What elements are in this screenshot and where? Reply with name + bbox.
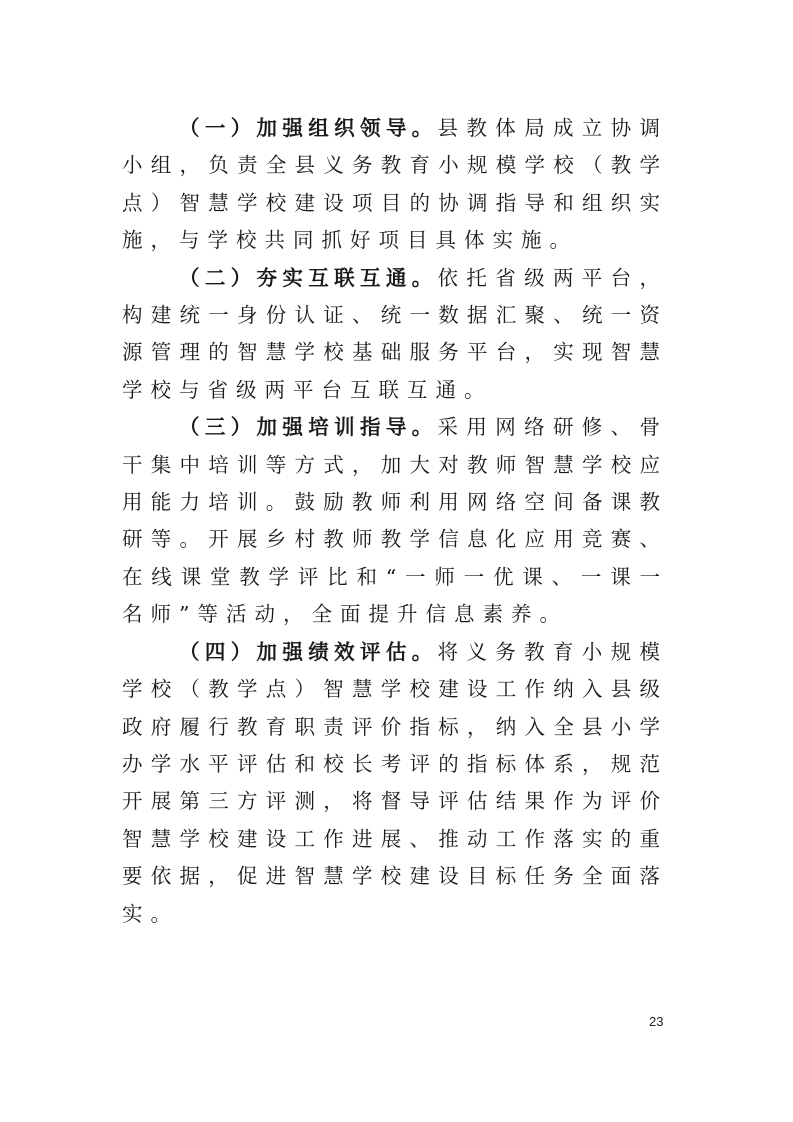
page-number: 23 — [649, 1014, 663, 1029]
paragraph-interconnection: （二）夯实互联互通。依托省级两平台，构建统一身份认证、统一数据汇聚、统一资源管理… — [122, 260, 668, 410]
paragraph-heading: （二）夯实互联互通。 — [179, 266, 438, 290]
paragraph-organization-leadership: （一）加强组织领导。县教体局成立协调小组，负责全县义务教育小规模学校（教学点）智… — [122, 110, 668, 260]
paragraph-performance-evaluation: （四）加强绩效评估。将义务教育小规模学校（教学点）智慧学校建设工作纳入县级政府履… — [122, 634, 668, 933]
body-text: （一）加强组织领导。县教体局成立协调小组，负责全县义务教育小规模学校（教学点）智… — [122, 110, 668, 933]
paragraph-heading: （一）加强组织领导。 — [179, 116, 438, 140]
paragraph-heading: （三）加强培训指导。 — [179, 415, 438, 439]
paragraph-heading: （四）加强绩效评估。 — [179, 640, 438, 664]
document-page: （一）加强组织领导。县教体局成立协调小组，负责全县义务教育小规模学校（教学点）智… — [0, 0, 793, 1122]
paragraph-body: 将义务教育小规模学校（教学点）智慧学校建设工作纳入县级政府履行教育职责评价指标，… — [122, 640, 668, 926]
paragraph-training-guidance: （三）加强培训指导。采用网络研修、骨干集中培训等方式，加大对教师智慧学校应用能力… — [122, 409, 668, 633]
paragraph-body: 采用网络研修、骨干集中培训等方式，加大对教师智慧学校应用能力培训。鼓励教师利用网… — [122, 415, 668, 626]
